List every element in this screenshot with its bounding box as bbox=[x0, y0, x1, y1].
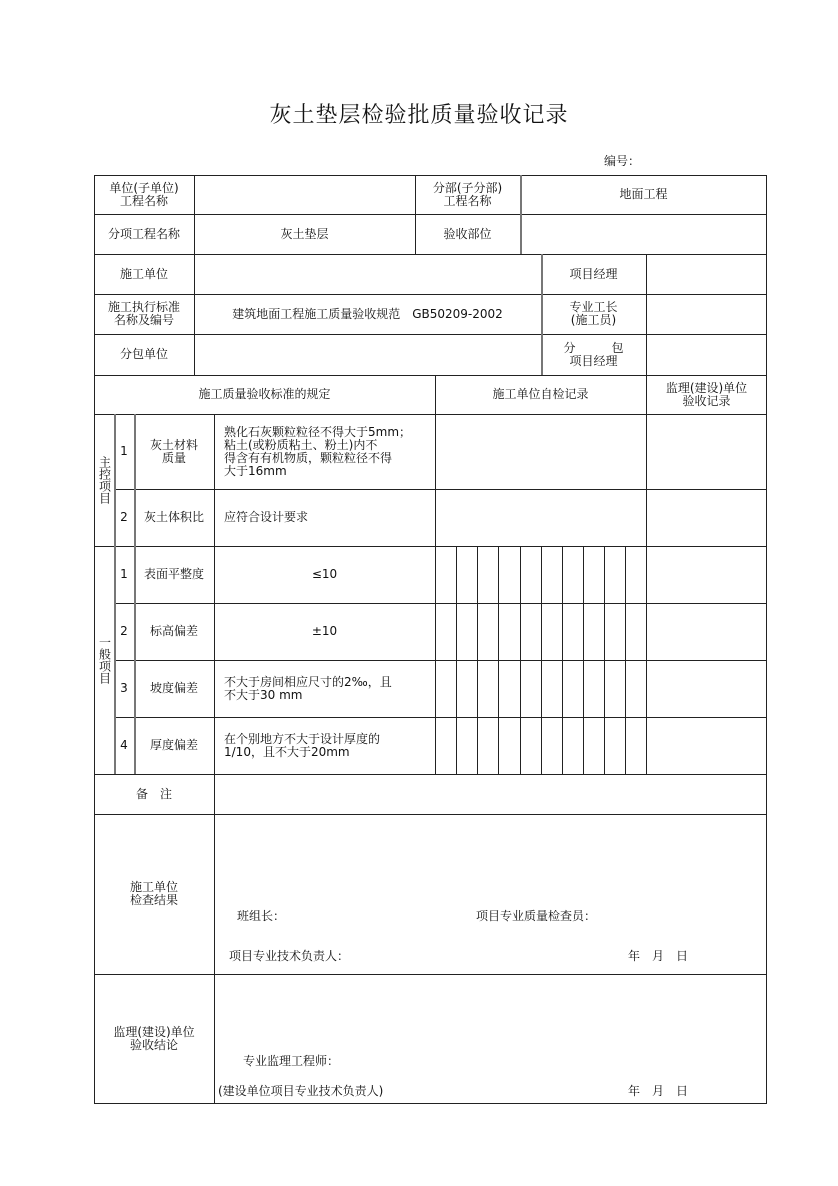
general-item-3-measure-7[interactable] bbox=[562, 660, 583, 717]
general-item-2-measure-3[interactable] bbox=[477, 603, 498, 660]
general-item-3-no: 3 bbox=[114, 660, 134, 717]
acceptance-part-field[interactable] bbox=[520, 214, 767, 254]
main-item-1-no: 1 bbox=[114, 414, 134, 489]
general-item-1-measure-3[interactable] bbox=[477, 546, 498, 603]
general-item-1-name: 表面平整度 bbox=[134, 546, 214, 603]
general-item-1-supervision[interactable] bbox=[646, 546, 767, 603]
general-item-4-requirement: 在个别地方不大于设计厚度的 1/10，且不大于20mm bbox=[214, 717, 435, 774]
general-item-3-measure-4[interactable] bbox=[498, 660, 520, 717]
supervision-date: 年 月 日 bbox=[628, 1082, 688, 1099]
general-item-2-requirement: ±10 bbox=[214, 603, 435, 660]
team-leader-label: 班组长： bbox=[237, 907, 285, 924]
general-item-4-supervision[interactable] bbox=[646, 717, 767, 774]
general-item-2-measure-6[interactable] bbox=[541, 603, 562, 660]
main-item-2-supervision[interactable] bbox=[646, 489, 767, 546]
standard-field[interactable]: 建筑地面工程施工质量验收规范 GB50209-2002 bbox=[194, 294, 541, 334]
item-project-label: 分项工程名称 bbox=[94, 214, 194, 254]
general-item-3-measure-2[interactable] bbox=[456, 660, 477, 717]
general-item-2-measure-7[interactable] bbox=[562, 603, 583, 660]
general-item-3-measure-3[interactable] bbox=[477, 660, 498, 717]
sub-division-label: 分部(子分部) 工程名称 bbox=[415, 175, 520, 214]
general-item-3-measure-6[interactable] bbox=[541, 660, 562, 717]
general-item-1-measure-7[interactable] bbox=[562, 546, 583, 603]
quality-inspector-label: 项目专业质量检查员： bbox=[476, 907, 596, 924]
construction-result-label: 施工单位 检查结果 bbox=[94, 814, 214, 974]
general-item-1-measure-10[interactable] bbox=[625, 546, 646, 603]
general-item-2-measure-8[interactable] bbox=[583, 603, 604, 660]
tech-lead-label: 项目专业技术负责人： bbox=[229, 947, 349, 964]
general-item-2-no: 2 bbox=[114, 603, 134, 660]
general-item-3-name: 坡度偏差 bbox=[134, 660, 214, 717]
general-item-4-measure-7[interactable] bbox=[562, 717, 583, 774]
general-item-4-measure-10[interactable] bbox=[625, 717, 646, 774]
document-number-label: 编号： bbox=[604, 152, 640, 169]
general-item-3-measure-5[interactable] bbox=[520, 660, 541, 717]
remarks-label: 备 注 bbox=[94, 774, 214, 814]
main-item-2-name: 灰土体积比 bbox=[134, 489, 214, 546]
general-item-2-measure-10[interactable] bbox=[625, 603, 646, 660]
general-label: 一般项目 bbox=[94, 546, 114, 774]
main-item-2-no: 2 bbox=[114, 489, 134, 546]
general-item-3-requirement: 不大于房间相应尺寸的2‰，且 不大于30 mm bbox=[214, 660, 435, 717]
main-item-2-self-check[interactable] bbox=[435, 489, 646, 546]
construction-date: 年 月 日 bbox=[628, 947, 688, 964]
project-manager-label: 项目经理 bbox=[541, 254, 646, 294]
general-item-4-name: 厚度偏差 bbox=[134, 717, 214, 774]
general-item-2-name: 标高偏差 bbox=[134, 603, 214, 660]
general-item-4-measure-2[interactable] bbox=[456, 717, 477, 774]
sub-manager-label: 分 包 项目经理 bbox=[541, 334, 646, 375]
sub-manager-field[interactable] bbox=[646, 334, 767, 375]
general-item-3-measure-1[interactable] bbox=[435, 660, 456, 717]
general-item-4-measure-5[interactable] bbox=[520, 717, 541, 774]
general-item-1-measure-8[interactable] bbox=[583, 546, 604, 603]
main-item-1-supervision[interactable] bbox=[646, 414, 767, 489]
general-item-4-measure-9[interactable] bbox=[604, 717, 625, 774]
main-item-1-self-check[interactable] bbox=[435, 414, 646, 489]
general-item-4-measure-6[interactable] bbox=[541, 717, 562, 774]
general-item-4-measure-4[interactable] bbox=[498, 717, 520, 774]
project-manager-field[interactable] bbox=[646, 254, 767, 294]
general-item-3-measure-9[interactable] bbox=[604, 660, 625, 717]
unit-project-label: 单位(子单位) 工程名称 bbox=[94, 175, 194, 214]
general-item-4-measure-3[interactable] bbox=[477, 717, 498, 774]
main-item-2-requirement: 应符合设计要求 bbox=[214, 489, 435, 546]
col-standard-header: 施工质量验收标准的规定 bbox=[94, 375, 435, 414]
general-item-2-measure-2[interactable] bbox=[456, 603, 477, 660]
general-item-1-measure-5[interactable] bbox=[520, 546, 541, 603]
document-title: 灰土垫层检验批质量验收记录 bbox=[0, 98, 838, 129]
general-item-1-measure-4[interactable] bbox=[498, 546, 520, 603]
unit-project-field[interactable] bbox=[194, 175, 415, 214]
remarks-field[interactable] bbox=[214, 774, 767, 814]
subcontractor-label: 分包单位 bbox=[94, 334, 194, 375]
item-project-field[interactable]: 灰土垫层 bbox=[194, 214, 415, 254]
sub-division-field[interactable]: 地面工程 bbox=[520, 175, 767, 214]
general-item-3-measure-10[interactable] bbox=[625, 660, 646, 717]
standard-label: 施工执行标准 名称及编号 bbox=[94, 294, 194, 334]
general-item-2-measure-5[interactable] bbox=[520, 603, 541, 660]
construction-unit-field[interactable] bbox=[194, 254, 541, 294]
general-item-3-supervision[interactable] bbox=[646, 660, 767, 717]
general-item-1-measure-1[interactable] bbox=[435, 546, 456, 603]
col-supervision-header: 监理(建设)单位 验收记录 bbox=[646, 375, 767, 414]
general-item-2-measure-4[interactable] bbox=[498, 603, 520, 660]
general-item-4-measure-8[interactable] bbox=[583, 717, 604, 774]
general-item-1-requirement: ≤10 bbox=[214, 546, 435, 603]
general-item-4-measure-1[interactable] bbox=[435, 717, 456, 774]
general-item-1-measure-6[interactable] bbox=[541, 546, 562, 603]
general-item-4-no: 4 bbox=[114, 717, 134, 774]
main-item-1-requirement: 熟化石灰颗粒粒径不得大于5mm； 粘土(或粉质粘土、粉土)内不 得含有有机物质，… bbox=[214, 414, 435, 489]
foreman-field[interactable] bbox=[646, 294, 767, 334]
general-item-2-measure-9[interactable] bbox=[604, 603, 625, 660]
general-item-1-no: 1 bbox=[114, 546, 134, 603]
acceptance-part-label: 验收部位 bbox=[415, 214, 520, 254]
general-item-1-measure-9[interactable] bbox=[604, 546, 625, 603]
owner-representative-label: (建设单位项目专业技术负责人) bbox=[218, 1082, 383, 1099]
general-item-1-measure-2[interactable] bbox=[456, 546, 477, 603]
supervision-conclusion-label: 监理(建设)单位 验收结论 bbox=[94, 974, 214, 1104]
general-item-3-measure-8[interactable] bbox=[583, 660, 604, 717]
supervising-engineer-label: 专业监理工程师： bbox=[243, 1052, 339, 1069]
main-item-1-name: 灰土材料 质量 bbox=[134, 414, 214, 489]
subcontractor-field[interactable] bbox=[194, 334, 541, 375]
general-item-2-measure-1[interactable] bbox=[435, 603, 456, 660]
main-control-label: 主控项目 bbox=[94, 414, 114, 546]
foreman-label: 专业工长 (施工员) bbox=[541, 294, 646, 334]
col-self-check-header: 施工单位自检记录 bbox=[435, 375, 646, 414]
column-divider bbox=[214, 774, 215, 1104]
general-item-2-supervision[interactable] bbox=[646, 603, 767, 660]
construction-unit-label: 施工单位 bbox=[94, 254, 194, 294]
